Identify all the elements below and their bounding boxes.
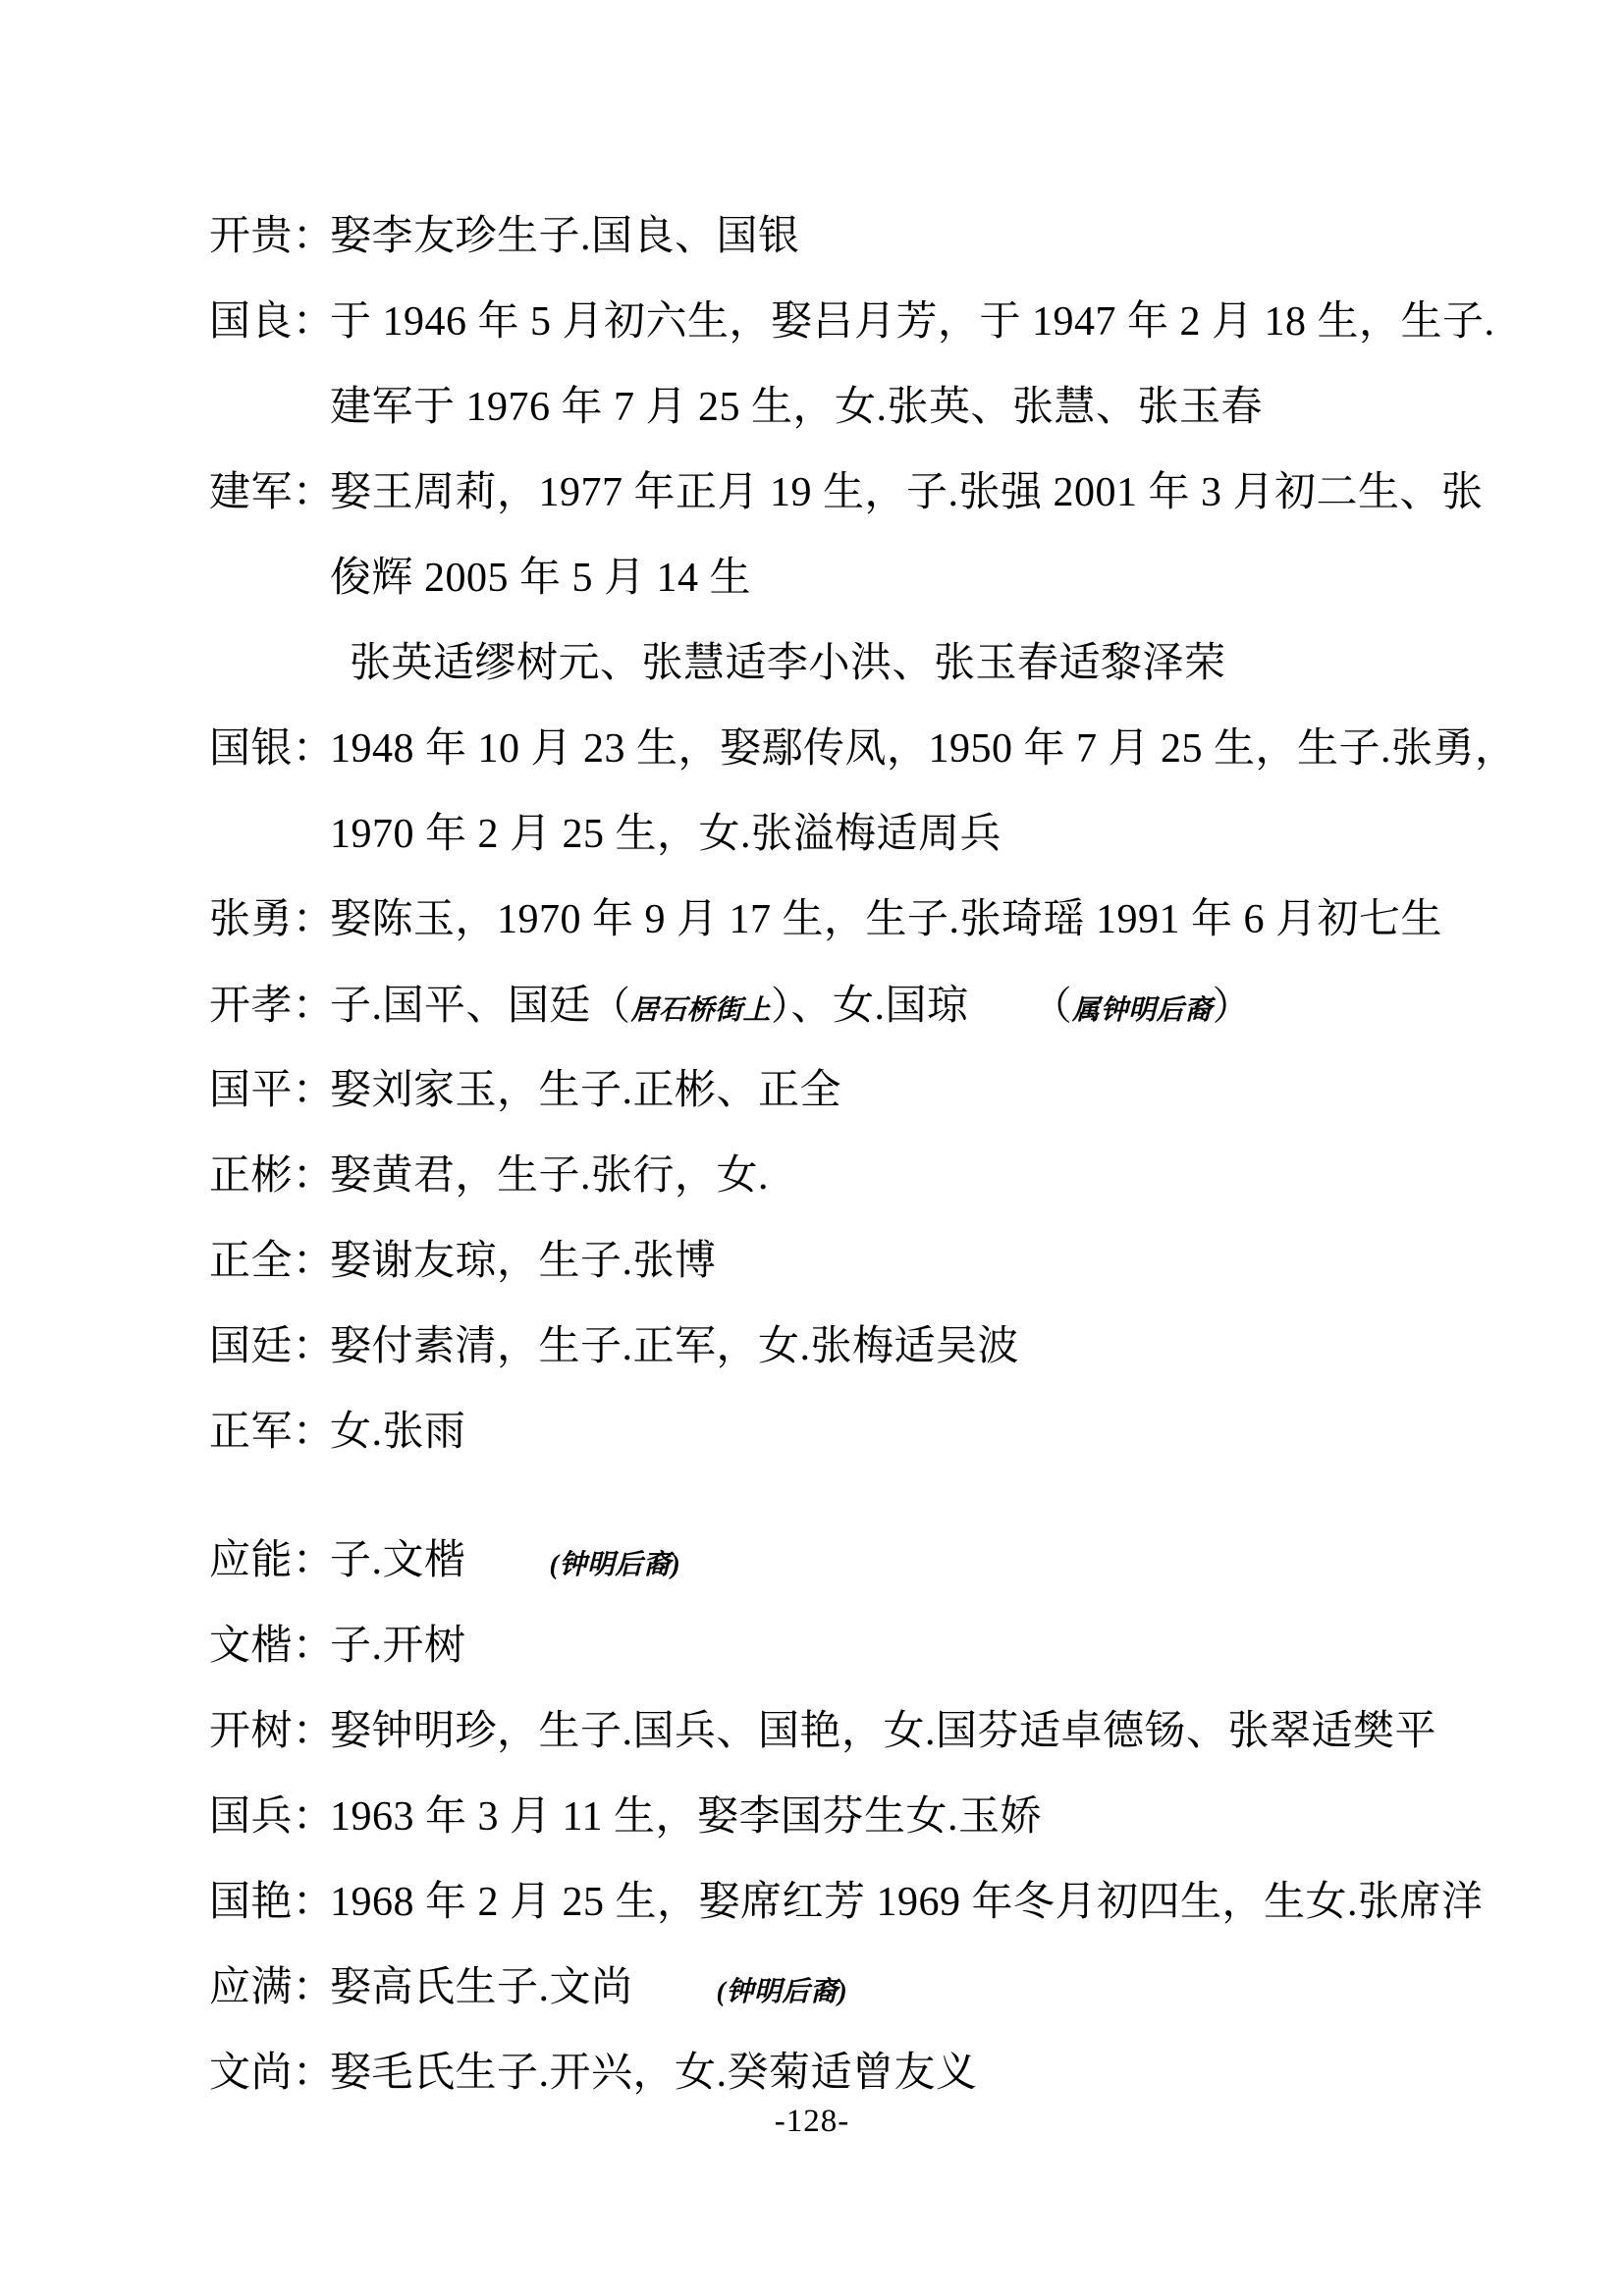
person-name-label: 国艳： [209, 1860, 330, 1946]
line-text: 娶王周莉，1977 年正月 19 生，子.张强 2001 年 3 月初二生、张 [330, 470, 1484, 515]
line-text: 、女.国琼 [791, 984, 969, 1029]
page-number: -128- [0, 2104, 1624, 2140]
line-text: 女.张雨 [330, 1410, 466, 1455]
line-text: 娶李友珍生子.国良、国银 [330, 214, 800, 259]
line-text: 1948 年 10 月 23 生，娶鄢传凤，1950 年 7 月 25 生，生子… [330, 726, 1517, 772]
line-text: 子.国平、国廷 [330, 984, 591, 1029]
line-text: 1963 年 3 月 11 生，娶李国芬生女.玉娇 [330, 1794, 1042, 1840]
annotation-note: 属钟明后裔 [1072, 995, 1213, 1026]
genealogy-line: 俊辉 2005 年 5 月 14 生 [0, 536, 1624, 621]
genealogy-line: 正军：女.张雨 [0, 1390, 1624, 1475]
genealogy-line: 张英适缪树元、张慧适李小洪、张玉春适黎泽荣 [0, 621, 1624, 707]
genealogy-line: 建军于 1976 年 7 月 25 生，女.张英、张慧、张玉春 [0, 365, 1624, 451]
annotation-paren: ） [1213, 984, 1253, 1028]
blank-spacer [0, 1475, 1624, 1519]
genealogy-line: 张勇：娶陈玉，1970 年 9 月 17 生，生子.张琦瑶 1991 年 6 月… [0, 878, 1624, 963]
document-page: 开贵：娶李友珍生子.国良、国银国良：于 1946 年 5 月初六生，娶吕月芳，于… [0, 0, 1624, 2296]
line-text: 娶付素清，生子.正军，女.张梅适吴波 [330, 1324, 1019, 1369]
genealogy-line: 开树：娶钟明珍，生子.国兵、国艳，女.国芬适卓德钖、张翠适樊平 [0, 1689, 1624, 1775]
person-name-label: 应满： [209, 1946, 330, 2031]
genealogy-line: 国艳：1968 年 2 月 25 生，娶席红芳 1969 年冬月初四生，生女.张… [0, 1860, 1624, 1946]
genealogy-line: 正全：娶谢友琼，生子.张博 [0, 1219, 1624, 1305]
line-text: 娶毛氏生子.开兴，女.癸菊适曾友义 [330, 2051, 978, 2096]
line-text: 建军于 1976 年 7 月 25 生，女.张英、张慧、张玉春 [330, 385, 1263, 430]
person-name-label: 国银： [209, 707, 330, 792]
genealogy-line: 应能：子.文楷 (钟明后裔) [0, 1519, 1624, 1604]
person-name-label: 国廷： [209, 1305, 330, 1390]
genealogy-line: 文楷：子.开树 [0, 1604, 1624, 1689]
text-gap [466, 1538, 550, 1583]
person-name-label: 开树： [209, 1689, 330, 1775]
text-gap [969, 984, 1053, 1029]
line-text: 1968 年 2 月 25 生，娶席红芳 1969 年冬月初四生，生女.张席洋 [330, 1880, 1484, 1925]
line-text: 娶陈玉，1970 年 9 月 17 生，生子.张琦瑶 1991 年 6 月初七生 [330, 897, 1442, 942]
genealogy-line: 国平：娶刘家玉，生子.正彬、正全 [0, 1048, 1624, 1134]
line-text: 1970 年 2 月 25 生，女.张溢梅适周兵 [330, 812, 1001, 857]
person-name-label: 国平： [209, 1048, 330, 1134]
text-gap [633, 1965, 717, 2010]
genealogy-line: 开孝：子.国平、国廷（居石桥街上）、女.国琼 （属钟明后裔） [0, 963, 1624, 1048]
annotation-paren: （ [591, 984, 631, 1028]
genealogy-line: 1970 年 2 月 25 生，女.张溢梅适周兵 [0, 792, 1624, 878]
person-name-label: 开贵： [209, 194, 330, 280]
line-text: 张英适缪树元、张慧适李小洪、张玉春适黎泽荣 [350, 641, 1226, 686]
annotation-note: (钟明后裔) [550, 1550, 681, 1580]
person-name-label: 文楷： [209, 1604, 330, 1689]
line-text: 子.开树 [330, 1624, 466, 1669]
annotation-paren: ） [771, 984, 791, 1028]
genealogy-line: 应满：娶高氏生子.文尚 (钟明后裔) [0, 1946, 1624, 2031]
person-name-label: 建军： [209, 451, 330, 536]
line-text: 娶钟明珍，生子.国兵、国艳，女.国芬适卓德钖、张翠适樊平 [330, 1709, 1436, 1754]
person-name-label: 应能： [209, 1519, 330, 1604]
genealogy-line: 国兵：1963 年 3 月 11 生，娶李国芬生女.玉娇 [0, 1775, 1624, 1860]
line-text: 娶谢友琼，生子.张博 [330, 1239, 717, 1284]
genealogy-line: 建军：娶王周莉，1977 年正月 19 生，子.张强 2001 年 3 月初二生… [0, 451, 1624, 536]
annotation-note: 居石桥街上 [631, 995, 772, 1026]
line-text: 娶刘家玉，生子.正彬、正全 [330, 1068, 841, 1113]
genealogy-text-block: 开贵：娶李友珍生子.国良、国银国良：于 1946 年 5 月初六生，娶吕月芳，于… [0, 194, 1624, 2116]
annotation-note: (钟明后裔) [717, 1977, 848, 2007]
genealogy-line: 正彬：娶黄君，生子.张行，女. [0, 1134, 1624, 1219]
line-text: 俊辉 2005 年 5 月 14 生 [330, 556, 751, 601]
line-text: 娶高氏生子.文尚 [330, 1965, 633, 2010]
genealogy-line: 国银：1948 年 10 月 23 生，娶鄢传凤，1950 年 7 月 25 生… [0, 707, 1624, 792]
person-name-label: 开孝： [209, 964, 330, 1049]
person-name-label: 国兵： [209, 1775, 330, 1860]
annotation-paren: （ [1053, 984, 1073, 1028]
line-text: 子.文楷 [330, 1538, 466, 1583]
person-name-label: 正彬： [209, 1134, 330, 1219]
line-text: 于 1946 年 5 月初六生，娶吕月芳，于 1947 年 2 月 18 生，生… [330, 299, 1495, 345]
person-name-label: 张勇： [209, 878, 330, 963]
person-name-label: 正军： [209, 1390, 330, 1475]
line-text: 娶黄君，生子.张行，女. [330, 1153, 769, 1199]
person-name-label: 正全： [209, 1219, 330, 1305]
genealogy-line: 国廷：娶付素清，生子.正军，女.张梅适吴波 [0, 1305, 1624, 1390]
person-name-label: 国良： [209, 280, 330, 365]
genealogy-line: 开贵：娶李友珍生子.国良、国银 [0, 194, 1624, 280]
genealogy-line: 国良：于 1946 年 5 月初六生，娶吕月芳，于 1947 年 2 月 18 … [0, 280, 1624, 365]
